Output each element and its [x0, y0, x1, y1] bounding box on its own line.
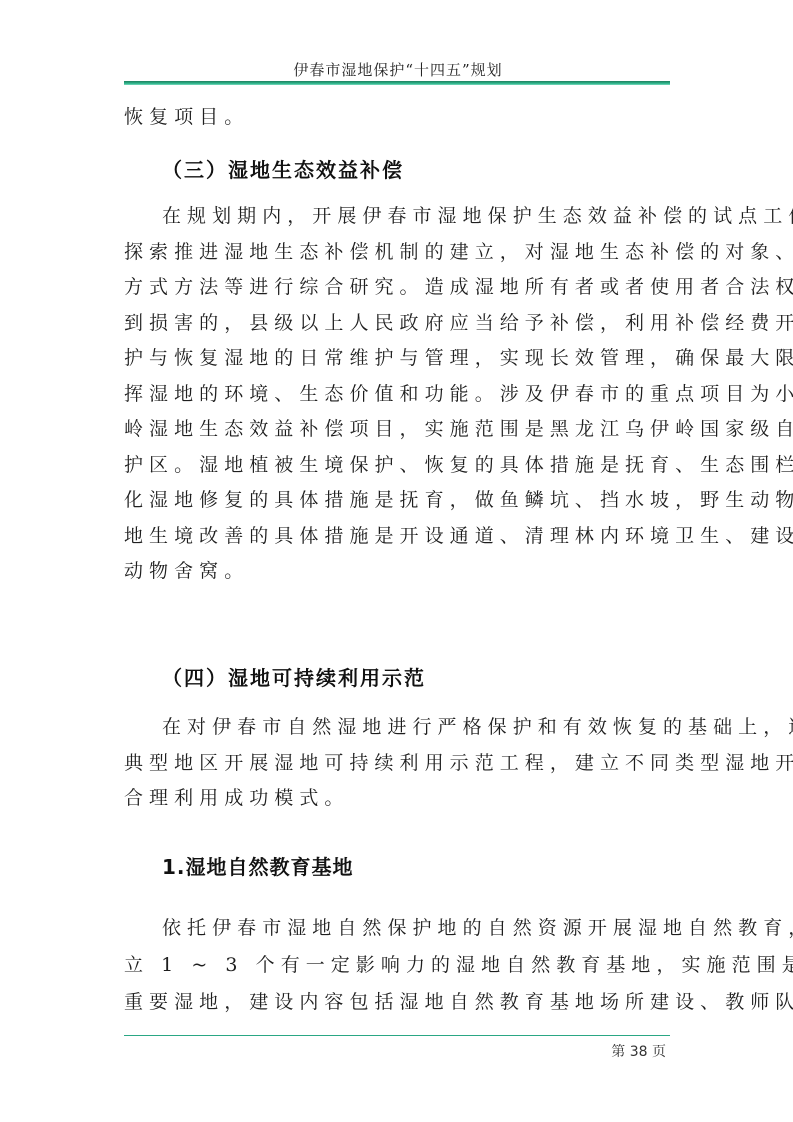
- paragraph-line: 依托伊春市湿地自然保护地的自然资源开展湿地自然教育，建: [162, 916, 722, 940]
- paragraph-line: 岭湿地生态效益补偿项目，实施范围是黑龙江乌伊岭国家级自然保: [124, 417, 684, 441]
- paragraph-line: 典型地区开展湿地可持续利用示范工程，建立不同类型湿地开发和: [124, 751, 684, 775]
- header-title: 伊春市湿地保护“十四五”规划: [124, 61, 672, 79]
- paragraph-line: 化湿地修复的具体措施是抚育，做鱼鳞坑、挡水坡，野生动物栖息: [124, 488, 684, 512]
- section-heading-4: （四）湿地可持续利用示范: [162, 666, 426, 690]
- page-number: 第 38 页: [611, 1044, 666, 1060]
- paragraph-line: 在对伊春市自然湿地进行严格保护和有效恢复的基础上，选择: [162, 715, 722, 739]
- section-heading-3: （三）湿地生态效益补偿: [162, 158, 404, 182]
- paragraph-line: 在规划期内，开展伊春市湿地保护生态效益补偿的试点工作，: [162, 204, 722, 228]
- paragraph-line: 护区。湿地植被生境保护、恢复的具体措施是抚育、生态围栏，退: [124, 453, 684, 477]
- paragraph-line: 探索推进湿地生态补偿机制的建立，对湿地生态补偿的对象、标准、: [124, 240, 684, 264]
- paragraph-line: 到损害的，县级以上人民政府应当给予补偿，利用补偿经费开展保: [124, 311, 684, 335]
- paragraph-line: 地生境改善的具体措施是开设通道、清理林内环境卫生、建设仿真: [124, 524, 684, 548]
- paragraph-line: 合理利用成功模式。: [124, 786, 684, 810]
- paragraph-line: 方式方法等进行综合研究。造成湿地所有者或者使用者合法权益受: [124, 275, 684, 299]
- paragraph-line: 立 1 ~ 3 个有一定影响力的湿地自然教育基地，实施范围是友好国际: [124, 953, 684, 977]
- subsection-heading-1: 1.湿地自然教育基地: [162, 855, 354, 879]
- paragraph-line: 重要湿地，建设内容包括湿地自然教育基地场所建设、教师队伍培: [124, 990, 684, 1014]
- paragraph-line: 动物舍窝。: [124, 559, 684, 583]
- footer-divider-line: [124, 1035, 670, 1036]
- continuation-line: 恢复项目。: [124, 105, 684, 129]
- paragraph-line: 挥湿地的环境、生态价值和功能。涉及伊春市的重点项目为小兴安: [124, 382, 684, 406]
- paragraph-line: 护与恢复湿地的日常维护与管理，实现长效管理，确保最大限度发: [124, 346, 684, 370]
- header-divider-bar: [124, 81, 670, 85]
